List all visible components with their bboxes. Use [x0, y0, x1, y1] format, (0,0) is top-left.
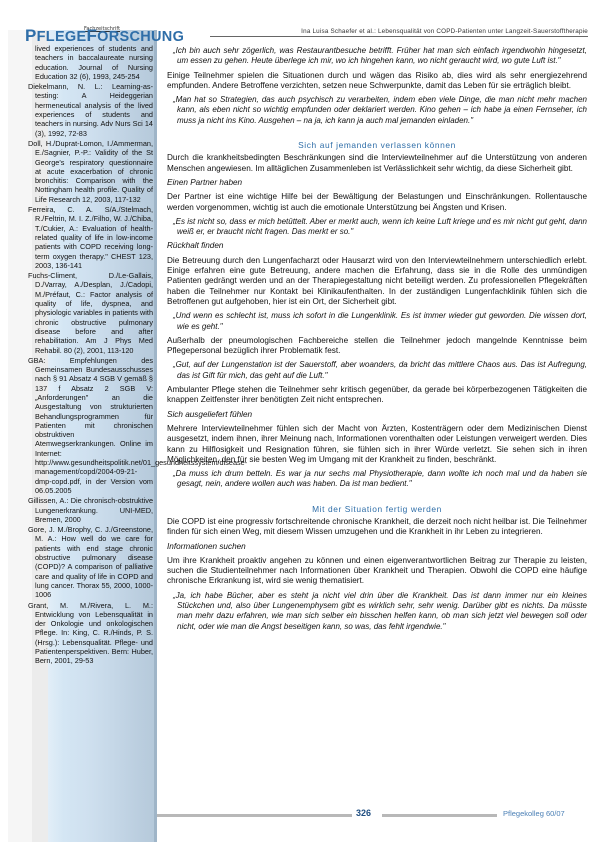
subheading: Sich ausgeliefert fühlen — [167, 410, 587, 420]
reference-list: lived experiences of students and teache… — [28, 44, 153, 667]
reference-item: Doll, H./Duprat-Lomon, I./Ammerman, E./S… — [28, 139, 153, 204]
interview-quote: „Es ist nicht so, dass er mich betüttelt… — [167, 217, 587, 238]
reference-item: lived experiences of students and teache… — [28, 44, 153, 81]
paragraph: Die Betreuung durch den Lungenfacharzt o… — [167, 256, 587, 307]
page-number: 326 — [356, 808, 371, 818]
paragraph: Durch die krankheitsbedingten Beschränku… — [167, 153, 587, 174]
interview-quote: „Ja, ich habe Bücher, aber es steht ja n… — [167, 591, 587, 632]
paragraph: Der Partner ist eine wichtige Hilfe bei … — [167, 192, 587, 213]
subheading: Einen Partner haben — [167, 178, 587, 188]
paragraph: Um ihre Krankheit proaktiv angehen zu kö… — [167, 556, 587, 587]
interview-quote: „Ich bin auch sehr zögerlich, was Restau… — [167, 46, 587, 67]
article-body: „Ich bin auch sehr zögerlich, was Restau… — [167, 46, 587, 636]
subheading: Informationen suchen — [167, 542, 587, 552]
reference-item: Fuchs-Climent, D./Le-Gallais, D./Varray,… — [28, 271, 153, 355]
sidebar-edge — [154, 30, 157, 842]
reference-item: GBA: Empfehlungen des Gemeinsamen Bundes… — [28, 356, 153, 495]
interview-quote: „Man hat so Strategien, das auch psychis… — [167, 95, 587, 126]
reference-item: Gillissen, A.: Die chronisch-obstruktive… — [28, 496, 153, 524]
paragraph: Außerhalb der pneumologischen Fachbereic… — [167, 336, 587, 357]
footer-rule-left — [157, 814, 352, 817]
paragraph: Ambulanter Pflege stehen die Teilnehmer … — [167, 385, 587, 406]
paragraph: Die COPD ist eine progressiv fortschreit… — [167, 517, 587, 538]
journal-issue: Pflegekolleg 60/07 — [503, 809, 565, 818]
paragraph: Einige Teilnehmer spielen die Situatione… — [167, 71, 587, 92]
reference-item: Diekelmann, N. L.: Learning-as-testing: … — [28, 82, 153, 138]
journal-logo: PFLEGEFORSCHUNG — [25, 26, 184, 46]
reference-item: Gore, J. M./Brophy, C. J./Greenstone, M.… — [28, 525, 153, 599]
interview-quote: „Und wenn es schlecht ist, muss ich sofo… — [167, 311, 587, 332]
interview-quote: „Da muss ich drum betteln. Es war ja nur… — [167, 469, 587, 490]
reference-item: Ferreira, C. A. S/A./Stelmach, R./Feltri… — [28, 205, 153, 270]
paragraph: Mehrere Interviewteilnehmer fühlen sich … — [167, 424, 587, 465]
running-title: Ina Luisa Schaefer et al.: Lebensqualitä… — [210, 28, 588, 37]
footer-rule-right — [382, 814, 497, 817]
reference-item: Grant, M. M./Rivera, L. M.: Entwicklung … — [28, 601, 153, 666]
interview-quote: „Gut, auf der Lungenstation ist der Saue… — [167, 360, 587, 381]
section-heading: Mit der Situation fertig werden — [167, 504, 587, 514]
section-heading: Sich auf jemanden verlassen können — [167, 140, 587, 150]
subheading: Rückhalt finden — [167, 241, 587, 251]
